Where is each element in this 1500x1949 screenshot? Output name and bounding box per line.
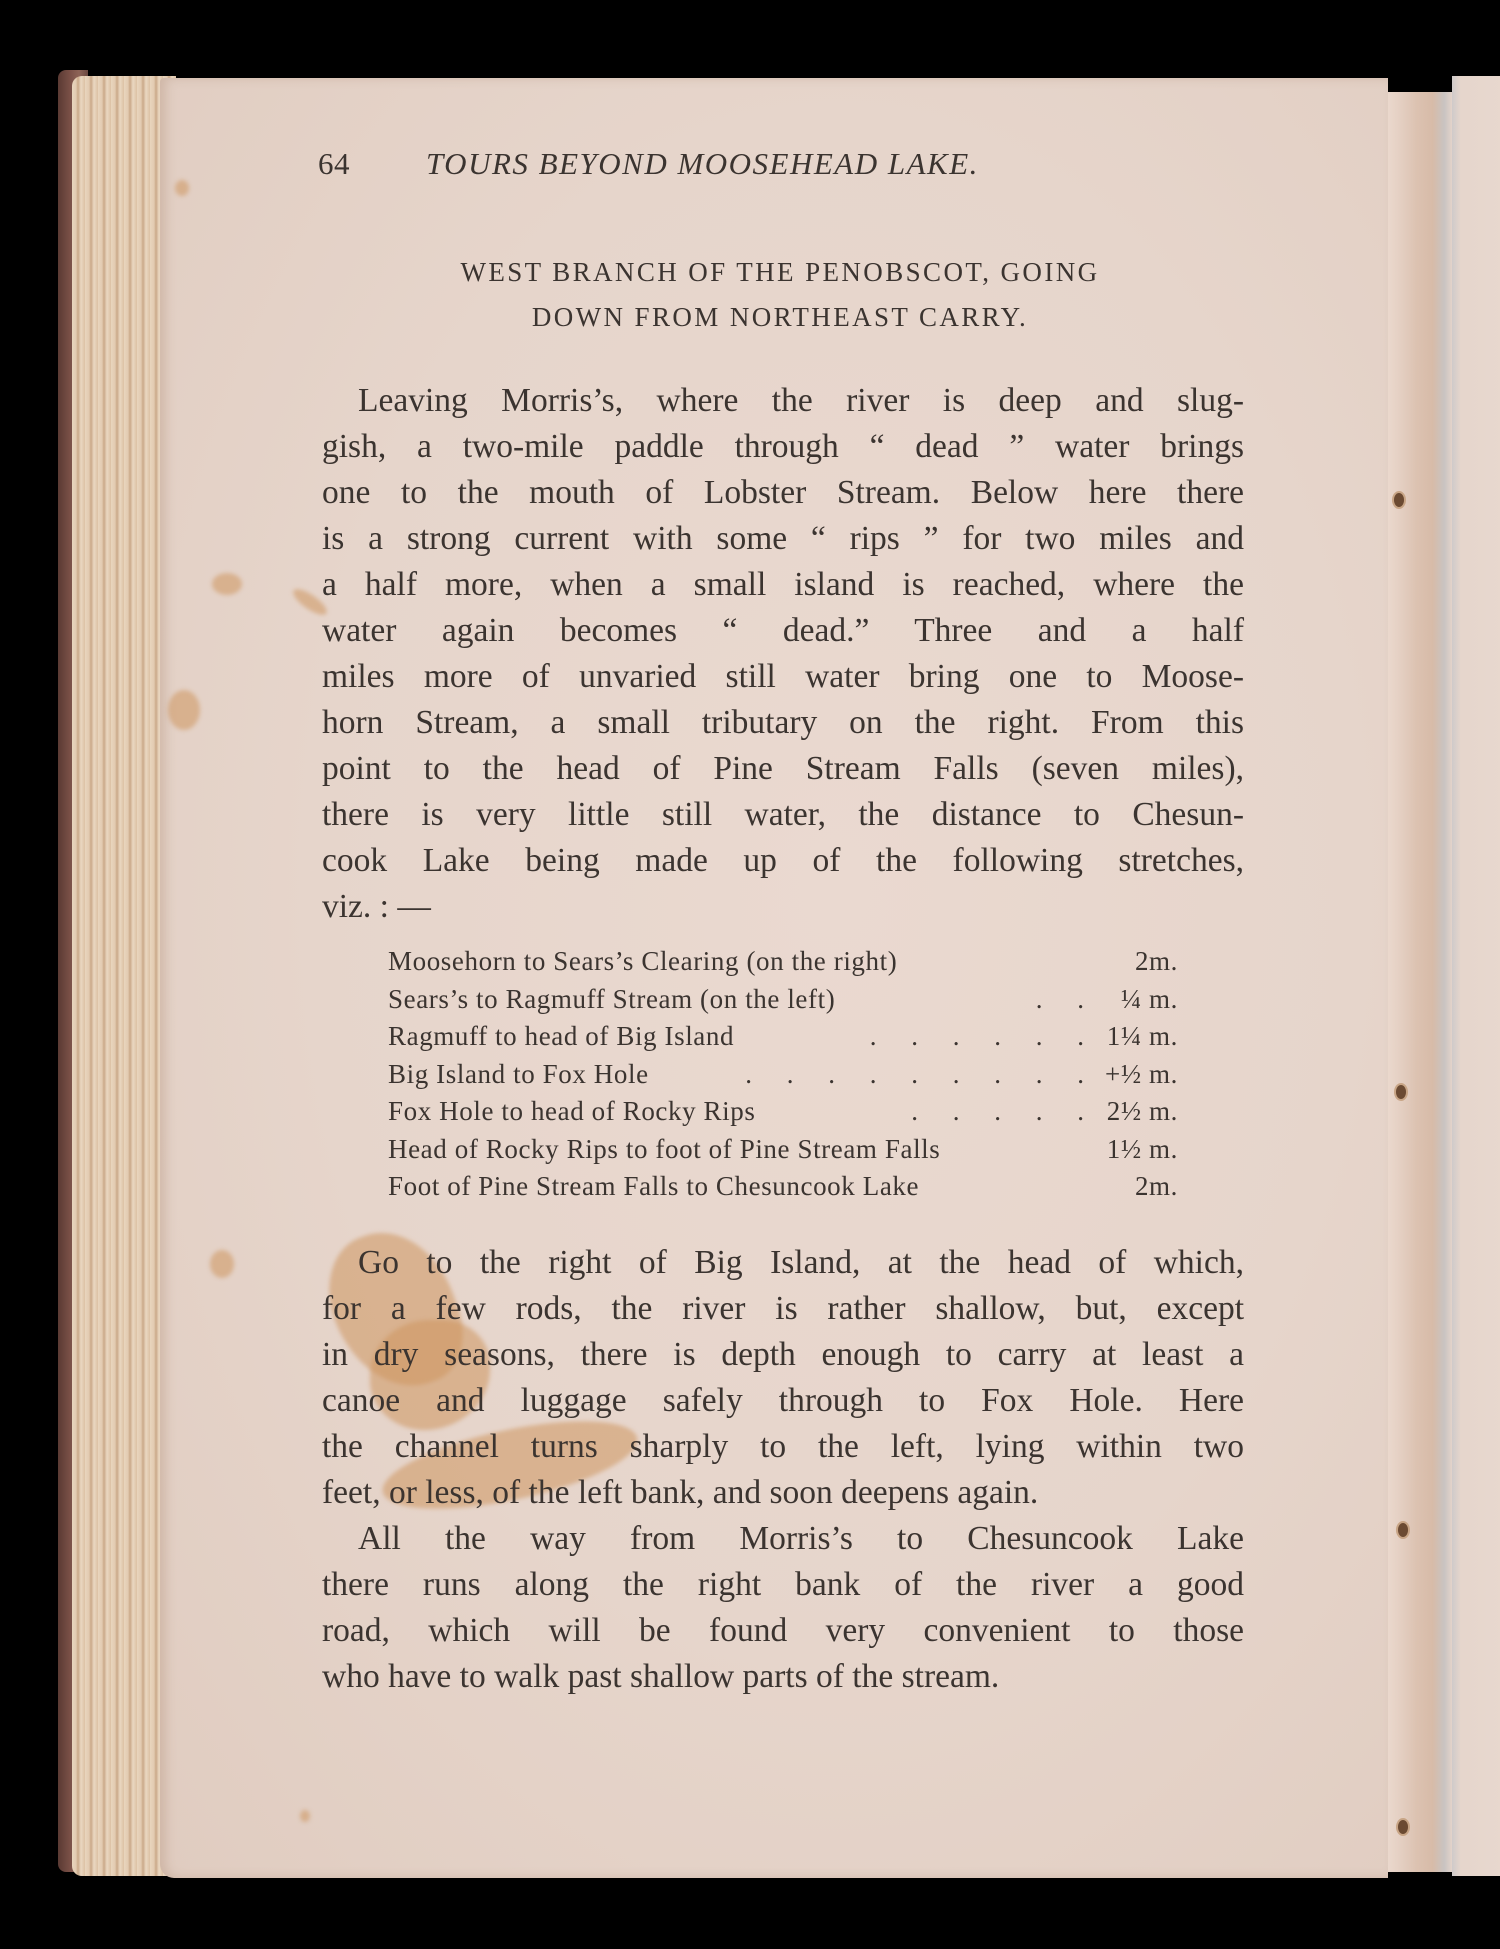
water-stain: [175, 180, 189, 196]
text-line: cook Lake being made up of the following…: [322, 838, 1244, 884]
table-row: Ragmuff to head of Big Island . . . . . …: [388, 1018, 1178, 1056]
text-line: feet, or less, of the left bank, and soo…: [322, 1470, 1244, 1516]
water-stain: [300, 1810, 310, 1822]
stretch-place: Head of Rocky Rips to foot of Pine Strea…: [388, 1131, 940, 1169]
paragraph-2: Go to the right of Big Island, at the he…: [322, 1240, 1244, 1516]
section-heading: WEST BRANCH OF THE PENOBSCOT, GOING DOWN…: [330, 250, 1230, 340]
text-line: canoe and luggage safely through to Fox …: [322, 1378, 1244, 1424]
binding-thread-knot: [1398, 1820, 1408, 1834]
running-title: TOURS BEYOND MOOSEHEAD LAKE.: [426, 146, 979, 182]
page-number: 64: [318, 146, 350, 182]
table-row: Head of Rocky Rips to foot of Pine Strea…: [388, 1131, 1178, 1169]
book-gutter: [1388, 92, 1452, 1872]
heading-line: WEST BRANCH OF THE PENOBSCOT, GOING: [330, 250, 1230, 295]
table-row: Foot of Pine Stream Falls to Chesuncook …: [388, 1168, 1178, 1206]
dot-leader: . . . . . .: [388, 1018, 1098, 1056]
heading-line: DOWN FROM NORTHEAST CARRY.: [330, 295, 1230, 340]
stretch-distance: 2m.: [1135, 1168, 1178, 1206]
stretch-distance: +½ m.: [1105, 1056, 1178, 1094]
text-line: the channel turns sharply to the left, l…: [322, 1424, 1244, 1470]
text-line: road, which will be found very convenien…: [322, 1608, 1244, 1654]
dot-leader: . .: [388, 981, 1098, 1019]
water-stain: [168, 690, 200, 730]
table-row: Big Island to Fox Hole . . . . . . . . .…: [388, 1056, 1178, 1094]
stretch-distance: 2m.: [1135, 943, 1178, 981]
text-line: there runs along the right bank of the r…: [322, 1562, 1244, 1608]
running-head: 64 TOURS BEYOND MOOSEHEAD LAKE.: [318, 146, 1218, 186]
text-line: a half more, when a small island is reac…: [322, 562, 1244, 608]
stretch-distance: 2½ m.: [1107, 1093, 1178, 1131]
binding-thread-knot: [1398, 1523, 1408, 1537]
stretch-place: Moosehorn to Sears’s Clearing (on the ri…: [388, 943, 897, 981]
text-line: water again becomes “ dead.” Three and a…: [322, 608, 1244, 654]
facing-page-edge: [1452, 76, 1500, 1876]
text-line: in dry seasons, there is depth enough to…: [322, 1332, 1244, 1378]
text-line: viz. : —: [322, 884, 1244, 930]
table-row: Fox Hole to head of Rocky Rips . . . . .…: [388, 1093, 1178, 1131]
stretches-table: Moosehorn to Sears’s Clearing (on the ri…: [388, 943, 1178, 1206]
text-line: for a few rods, the river is rather shal…: [322, 1286, 1244, 1332]
text-line: one to the mouth of Lobster Stream. Belo…: [322, 470, 1244, 516]
water-stain: [212, 573, 242, 595]
text-line: gish, a two-mile paddle through “ dead ”…: [322, 424, 1244, 470]
text-line: point to the head of Pine Stream Falls (…: [322, 746, 1244, 792]
text-line: miles more of unvaried still water bring…: [322, 654, 1244, 700]
stretch-distance: 1½ m.: [1107, 1131, 1178, 1169]
text-line: Leaving Morris’s, where the river is dee…: [322, 378, 1244, 424]
text-line: is a strong current with some “ rips ” f…: [322, 516, 1244, 562]
stretch-distance: ¼ m.: [1121, 981, 1178, 1019]
table-row: Sears’s to Ragmuff Stream (on the left) …: [388, 981, 1178, 1019]
water-stain: [210, 1250, 234, 1278]
text-line: horn Stream, a small tributary on the ri…: [322, 700, 1244, 746]
text-line: there is very little still water, the di…: [322, 792, 1244, 838]
text-line: All the way from Morris’s to Chesuncook …: [322, 1516, 1244, 1562]
dot-leader: . . . . . . . . .: [388, 1056, 1098, 1094]
stretch-distance: 1¼ m.: [1107, 1018, 1178, 1056]
paragraph-1: Leaving Morris’s, where the river is dee…: [322, 378, 1244, 930]
table-row: Moosehorn to Sears’s Clearing (on the ri…: [388, 943, 1178, 981]
binding-thread-knot: [1396, 1085, 1406, 1099]
text-line: Go to the right of Big Island, at the he…: [322, 1240, 1244, 1286]
stretch-place: Foot of Pine Stream Falls to Chesuncook …: [388, 1168, 919, 1206]
dot-leader: . . . . .: [388, 1093, 1098, 1131]
binding-thread-knot: [1394, 493, 1404, 507]
text-line: who have to walk past shallow parts of t…: [322, 1654, 1244, 1700]
paragraph-3: All the way from Morris’s to Chesuncook …: [322, 1516, 1244, 1700]
